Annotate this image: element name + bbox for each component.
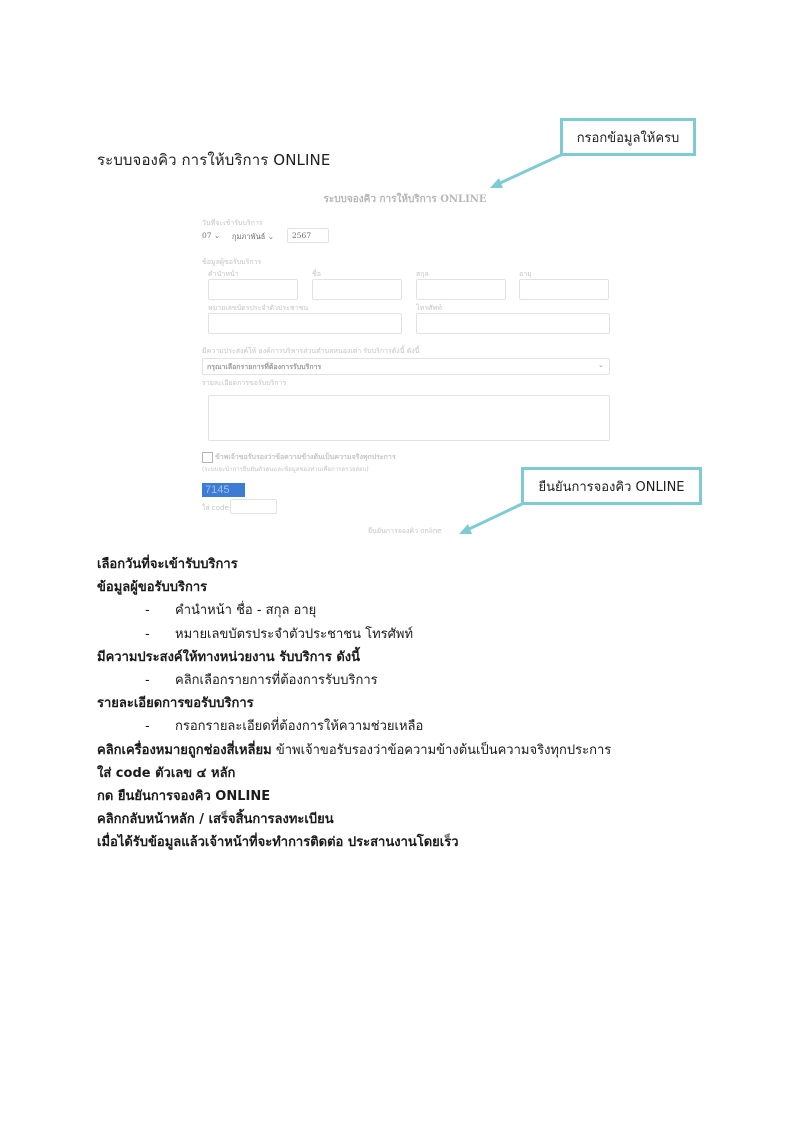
submit-link: ยืนยันการจองคิว online xyxy=(368,526,442,537)
step-text-detail: ข้าพเจ้าขอรับรองว่าข้อความข้างต้นเป็นควา… xyxy=(272,743,612,758)
chevron-down-icon: ⌄ xyxy=(598,361,604,369)
chevron-down-icon: ⌄ xyxy=(214,231,220,240)
step-text: กรอกรายละเอียดที่ต้องการให้ความช่วยเหลือ xyxy=(175,719,423,734)
instruction-step: เลือกวันที่จะเข้ารับบริการ xyxy=(97,553,757,576)
document-title: ระบบจองคิว การให้บริการ ONLINE xyxy=(97,148,330,172)
day-value: 07 xyxy=(202,231,212,240)
chevron-down-icon: ⌄ xyxy=(268,232,274,241)
step-text: คลิกเครื่องหมายถูกช่องสี่เหลี่ยม xyxy=(97,743,272,758)
instruction-step: คลิกกลับหน้าหลัก / เสร็จสิ้นการลงทะเบียน xyxy=(97,808,757,831)
code-field xyxy=(230,499,277,514)
instruction-step: คลิกเครื่องหมายถูกช่องสี่เหลี่ยม ข้าพเจ้… xyxy=(97,739,757,762)
instruction-substep: -กรอกรายละเอียดที่ต้องการให้ความช่วยเหลื… xyxy=(97,715,757,738)
service-label: มีความประสงค์ให้ องค์การบริหารส่วนตำบลหน… xyxy=(202,346,419,357)
consent-note: (ระบบจะนำการยืนยันตัวตนและข้อมูลของท่านเ… xyxy=(202,464,369,474)
step-text: ใส่ code ตัวเลข ๔ หลัก xyxy=(97,766,235,781)
bullet-dash: - xyxy=(145,623,175,646)
bullet-dash: - xyxy=(145,715,175,738)
step-text: ข้อมูลผู้ขอรับบริการ xyxy=(97,580,207,595)
instruction-step: กด ยืนยันการจองคิว ONLINE xyxy=(97,785,757,808)
detail-textarea xyxy=(208,395,610,441)
detail-label: รายละเอียดการขอรับบริการ xyxy=(202,378,286,389)
phone-field xyxy=(416,313,610,334)
instruction-list: เลือกวันที่จะเข้ารับบริการข้อมูลผู้ขอรับ… xyxy=(97,553,757,855)
applicant-section-label: ข้อมูลผู้ขอรับบริการ xyxy=(202,257,261,268)
first-name-field xyxy=(312,279,402,300)
form-heading: ระบบจองคิว การให้บริการ ONLINE xyxy=(190,192,620,207)
month-value: กุมภาพันธ์ xyxy=(232,232,265,241)
step-text: กด ยืนยันการจองคิว ONLINE xyxy=(97,789,270,804)
instruction-step: รายละเอียดการขอรับบริการ xyxy=(97,692,757,715)
year-value: 2567 xyxy=(292,231,311,240)
step-text: คลิกเลือกรายการที่ต้องการรับบริการ xyxy=(175,673,378,688)
month-select: กุมภาพันธ์ ⌄ xyxy=(232,231,274,243)
instruction-step: มีความประสงค์ให้ทางหน่วยงาน รับบริการ ดั… xyxy=(97,646,757,669)
bullet-dash: - xyxy=(145,669,175,692)
last-name-field xyxy=(416,279,506,300)
instruction-substep: -หมายเลขบัตรประจำตัวประชาชน โทรศัพท์ xyxy=(97,623,757,646)
instruction-step: ใส่ code ตัวเลข ๔ หลัก xyxy=(97,762,757,785)
service-select-value: กรุณาเลือกรายการที่ต้องการรับบริการ xyxy=(207,362,321,373)
day-select: 07 ⌄ xyxy=(202,231,220,240)
step-text: คำนำหน้า ชื่อ - สกุล อายุ xyxy=(175,603,316,618)
callout-confirm: ยืนยันการจองคิว ONLINE xyxy=(521,467,702,505)
step-text: เมื่อได้รับข้อมูลแล้วเจ้าหน้าที่จะทำการต… xyxy=(97,835,459,850)
date-label: วันที่จะเข้ารับบริการ xyxy=(202,218,263,229)
age-field xyxy=(519,279,609,300)
bullet-dash: - xyxy=(145,599,175,622)
consent-checkbox xyxy=(202,452,213,463)
instruction-substep: -คำนำหน้า ชื่อ - สกุล อายุ xyxy=(97,599,757,622)
consent-label: ข้าพเจ้าขอรับรองว่าข้อความข้างต้นเป็นควา… xyxy=(215,452,396,463)
prefix-field xyxy=(208,279,298,300)
step-text: รายละเอียดการขอรับบริการ xyxy=(97,696,254,711)
step-text: หมายเลขบัตรประจำตัวประชาชน โทรศัพท์ xyxy=(175,627,413,642)
id-card-field xyxy=(208,313,402,334)
instruction-substep: -คลิกเลือกรายการที่ต้องการรับบริการ xyxy=(97,669,757,692)
step-text: เลือกวันที่จะเข้ารับบริการ xyxy=(97,557,238,572)
callout-fill-in: กรอกข้อมูลให้ครบ xyxy=(560,118,696,156)
step-text: มีความประสงค์ให้ทางหน่วยงาน รับบริการ ดั… xyxy=(97,650,360,665)
captcha-image: 7145 xyxy=(202,483,245,497)
instruction-step: เมื่อได้รับข้อมูลแล้วเจ้าหน้าที่จะทำการต… xyxy=(97,831,757,854)
code-label: ใส่ code xyxy=(202,503,229,514)
instruction-step: ข้อมูลผู้ขอรับบริการ xyxy=(97,576,757,599)
step-text: คลิกกลับหน้าหลัก / เสร็จสิ้นการลงทะเบียน xyxy=(97,812,334,827)
